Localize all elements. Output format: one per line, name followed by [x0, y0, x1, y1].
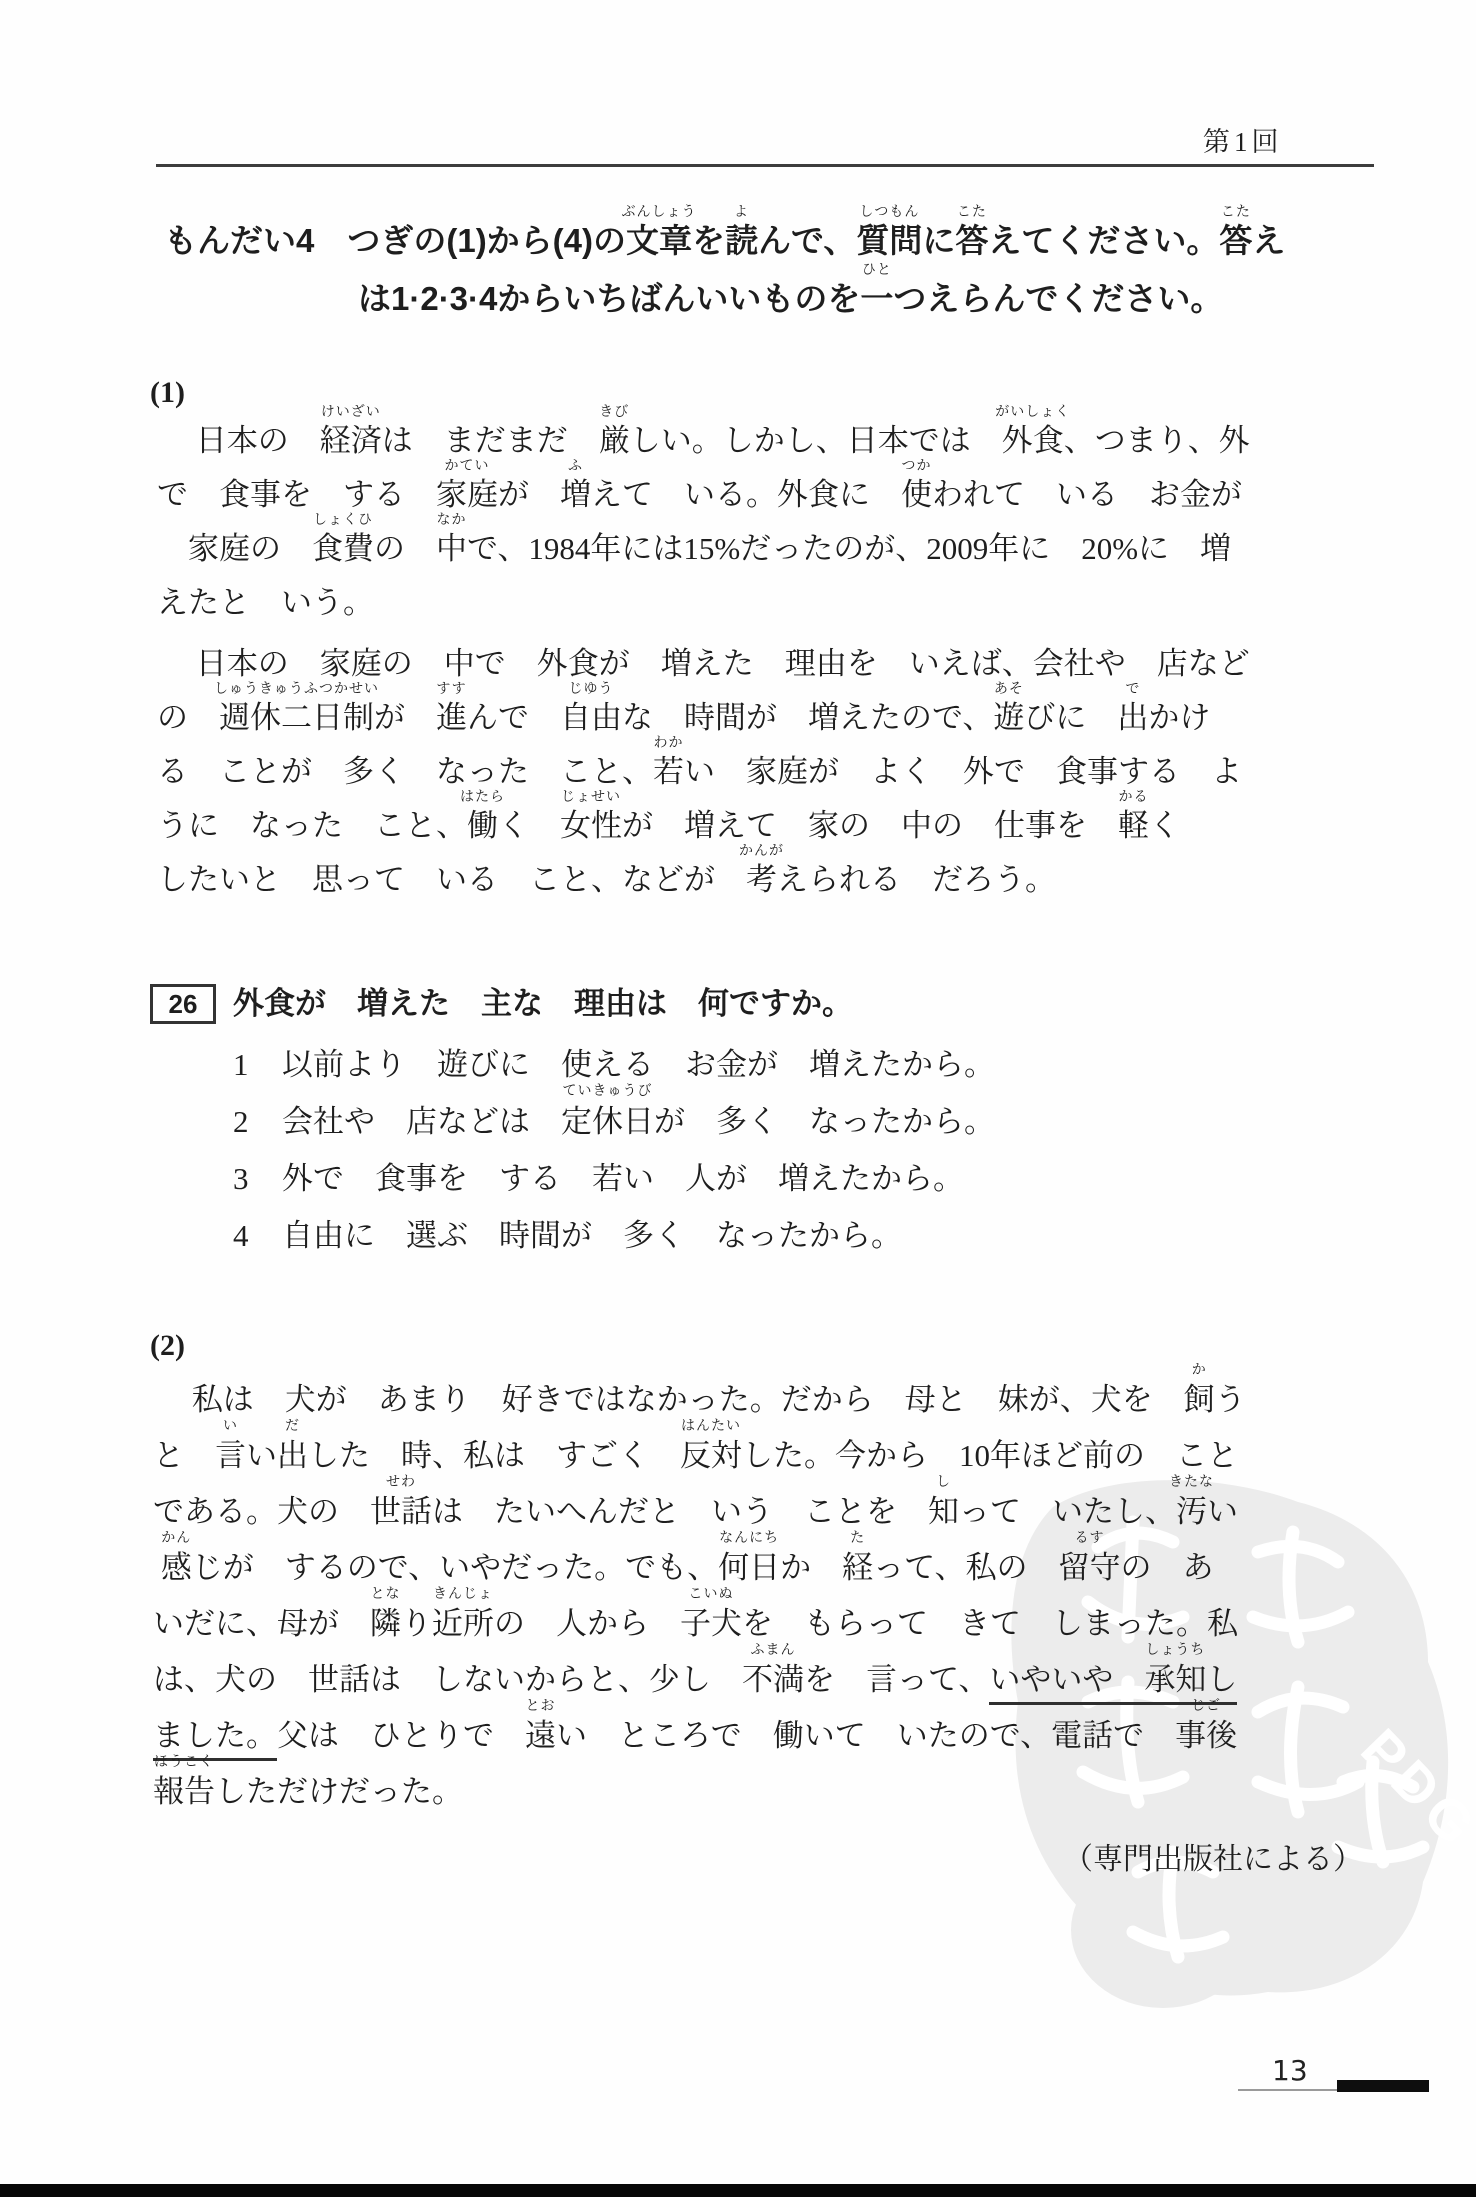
text-run: 外食が 増えた 主な 理由は 何ですか。 — [233, 986, 853, 1021]
text-run: しただけだった。 — [215, 1774, 463, 1809]
furigana: とな — [371, 1588, 401, 1602]
ruby-annotated-word: じご事後 — [1175, 1708, 1237, 1764]
text-run: うに なった こと、 — [157, 808, 467, 843]
ruby-base: 一 — [860, 280, 893, 317]
furigana: きんじょ — [433, 1588, 493, 1602]
ruby-base: 出 — [1117, 700, 1148, 735]
answer-option: 4自由に 選ぶ 時間が 多く なったから。 — [233, 1207, 995, 1264]
ruby-annotated-word: るす留守 — [1059, 1540, 1121, 1596]
ruby-annotated-word: し知 — [928, 1484, 959, 1540]
ruby-annotated-word: かん感 — [161, 1540, 192, 1596]
text-run: しい。しかし、日本では — [630, 423, 1002, 458]
text-run: を 言って、 — [804, 1662, 989, 1697]
text-run: い 家庭が よく 外で 食事する よ — [684, 754, 1242, 789]
ruby-annotated-word: きんじょ近所 — [432, 1596, 494, 1652]
ruby-base: 家庭 — [436, 477, 498, 512]
furigana: るす — [1075, 1532, 1105, 1546]
text-run: えたと いう。 — [157, 585, 374, 620]
question-26-text: 外食が 増えた 主な 理由は 何ですか。 — [233, 975, 853, 1033]
text-run: で 食事を する — [157, 477, 436, 512]
text-run: が 増えて 家の 中の 仕事を — [622, 808, 1118, 843]
furigana: なか — [437, 514, 467, 528]
furigana: ふ — [568, 460, 583, 474]
text-line: は1·2·3·4からいちばんいいものをひと一つえらんでください。 — [358, 270, 1285, 328]
text-run: な 時間が 増えたので、 — [622, 700, 993, 735]
ruby-annotated-word: ほうこく報告 — [153, 1764, 215, 1820]
ruby-base: 言 — [215, 1438, 246, 1473]
ruby-base: 近所 — [432, 1606, 494, 1641]
text-line: うに なった こと、はたら働く じょせい女性が 増えて 家の 中の 仕事を かる… — [157, 799, 1250, 853]
text-line: ほうこく報告しただけだった。 — [153, 1764, 1246, 1820]
ruby-base: 若 — [653, 754, 684, 789]
ruby-base: 反対 — [680, 1438, 742, 1473]
option-number: 3 — [233, 1150, 282, 1207]
ruby-base: 隣 — [370, 1606, 401, 1641]
text-run: んで、 — [758, 222, 856, 259]
ruby-annotated-word: はんたい反対 — [680, 1428, 742, 1484]
text-line: は、犬の 世話は しないからと、少し ふまん不満を 言って、いやいや しょうち承… — [153, 1652, 1246, 1708]
text-line: いだに、母が とな隣りきんじょ近所の 人から こいぬ子犬を もらって きて しま… — [153, 1596, 1246, 1652]
option-number: 4 — [233, 1207, 282, 1264]
furigana: とお — [526, 1700, 556, 1714]
ruby-annotated-word: わか若 — [653, 745, 684, 799]
text-run: えてください。 — [988, 222, 1219, 259]
ruby-base: 厳 — [599, 423, 630, 458]
text-run: もんだい4 つぎの(1)から(4)の — [164, 222, 626, 259]
ruby-annotated-word: とお遠 — [525, 1708, 556, 1764]
option-number: 1 — [233, 1036, 282, 1093]
text-run: の あ — [1121, 1550, 1214, 1585]
ruby-annotated-word: はたら働 — [467, 799, 498, 853]
text-run: く — [1149, 808, 1180, 843]
page-number: 13 — [1272, 2054, 1308, 2087]
text-line: ました。父は ひとりで とお遠い ところで 働いて いたので、電話で じご事後 — [153, 1708, 1246, 1764]
text-line: る ことが 多く なった こと、わか若い 家庭が よく 外で 食事する よ — [157, 745, 1250, 799]
ruby-base: 質問 — [856, 222, 922, 259]
ruby-annotated-word: い言 — [215, 1428, 246, 1484]
furigana: かる — [1119, 791, 1149, 805]
furigana: い — [223, 1420, 238, 1434]
ruby-base: 増 — [560, 477, 591, 512]
passage-2-paragraph-1: 私は 犬が あまり 好きではなかった。だから 母と 妹が、犬を か飼うと い言い… — [153, 1372, 1246, 1820]
question-number-box: 26 — [150, 984, 216, 1024]
text-run: いやいや — [989, 1662, 1144, 1697]
text-line: したいと 思って いる こと、などが かんが考えられる だろう。 — [157, 853, 1250, 907]
ruby-base: 汚 — [1176, 1494, 1207, 1529]
text-run: いだに、母が — [153, 1606, 370, 1641]
furigana: けいざい — [321, 406, 381, 420]
ruby-annotated-word: なか中 — [436, 522, 467, 576]
answer-option: 2会社や 店などは ていきゅうび定休日が 多く なったから。 — [233, 1093, 995, 1150]
furigana: た — [850, 1532, 865, 1546]
furigana: かてい — [445, 460, 490, 474]
ruby-base: 経済 — [320, 423, 382, 458]
furigana: し — [936, 1476, 951, 1490]
header-divider — [156, 164, 1374, 167]
furigana: はたら — [460, 791, 505, 805]
ruby-base: 事後 — [1175, 1718, 1237, 1753]
ruby-base: 働 — [467, 808, 498, 843]
ruby-base: 世話 — [370, 1494, 432, 1529]
ruby-annotated-word: すす進 — [436, 691, 467, 745]
ruby-base: 飼 — [1184, 1382, 1215, 1417]
text-run: い — [1207, 1494, 1238, 1529]
ruby-base: 外食 — [1002, 423, 1064, 458]
text-run: んで — [467, 700, 560, 735]
text-run: 父は ひとりで — [277, 1718, 525, 1753]
ruby-annotated-word: ていきゅうび定休日 — [561, 1093, 654, 1150]
text-run: は まだまだ — [382, 423, 599, 458]
passage-1-paragraph-1: 日本の けいざい経済は まだまだ きび厳しい。しかし、日本では がいしょく外食、… — [157, 414, 1250, 630]
document-page: PDG 第1回 もんだい4 つぎの(1)から(4)のぶんしょう文章をよ読んで、し… — [0, 0, 1476, 2197]
ruby-base: 使 — [901, 477, 932, 512]
text-run: 日本の 家庭の 中で 外食が 増えた 理由を いえば、会社や 店など — [157, 646, 1250, 681]
text-run: の 人から — [494, 1606, 680, 1641]
ruby-base: 読 — [725, 222, 758, 259]
ruby-annotated-word: きび厳 — [599, 414, 630, 468]
text-run: したいと 思って いる こと、などが — [157, 862, 746, 897]
ruby-base: 留守 — [1059, 1550, 1121, 1585]
ruby-base: 進 — [436, 700, 467, 735]
furigana: なんにち — [719, 1532, 779, 1546]
furigana: わか — [654, 737, 684, 751]
furigana: かんが — [739, 845, 784, 859]
ruby-base: 軽 — [1118, 808, 1149, 843]
ruby-annotated-word: こた答 — [1219, 212, 1252, 270]
ruby-base: 感 — [161, 1550, 192, 1585]
ruby-annotated-word: よ読 — [725, 212, 758, 270]
ruby-annotated-word: じょせい女性 — [560, 799, 622, 853]
ruby-base: 答 — [955, 222, 988, 259]
text-line: の しゅうきゅうふつかせい週休二日制が すす進んで じゆう自由な 時間が 増えた… — [157, 691, 1250, 745]
text-run: は たいへんだと いう ことを — [432, 1494, 928, 1529]
ruby-annotated-word: だ出 — [277, 1428, 308, 1484]
ruby-base: 答 — [1219, 222, 1252, 259]
text-line: 家庭の しょくひ食費の なか中で、1984年には15%だったのが、2009年に … — [157, 522, 1250, 576]
text-run: に — [922, 222, 955, 259]
text-line: えたと いう。 — [157, 576, 1250, 630]
ruby-base: 週休二日制 — [219, 700, 374, 735]
ruby-annotated-word: こいぬ子犬 — [680, 1596, 742, 1652]
furigana: はんたい — [681, 1420, 741, 1434]
ruby-annotated-word: がいしょく外食 — [1002, 414, 1064, 468]
ruby-annotated-word: あそ遊 — [993, 691, 1024, 745]
text-run: が — [498, 477, 560, 512]
text-line: もんだい4 つぎの(1)から(4)のぶんしょう文章をよ読んで、しつもん質問にこた… — [164, 212, 1285, 270]
ruby-base: 遊 — [993, 700, 1024, 735]
text-run: した。今から 10年ほど前の こと — [742, 1438, 1238, 1473]
furigana: ていきゅうび — [563, 1085, 653, 1099]
text-run: 外で 食事を する 若い 人が 増えたから。 — [282, 1161, 964, 1196]
ruby-annotated-word: で出 — [1117, 691, 1148, 745]
furigana: かん — [161, 1532, 191, 1546]
ruby-base: 経 — [842, 1550, 873, 1585]
text-run: われて いる お金が — [932, 477, 1242, 512]
passage-1-paragraph-2: 日本の 家庭の 中で 外食が 増えた 理由を いえば、会社や 店などの しゅうき… — [157, 637, 1250, 907]
text-run: つえらんでください。 — [893, 280, 1223, 317]
ruby-annotated-word: こた答 — [955, 212, 988, 270]
ruby-annotated-word: か飼 — [1184, 1372, 1215, 1428]
text-run: じが するので、いやだった。でも、 — [192, 1550, 718, 1585]
furigana: だ — [285, 1420, 300, 1434]
ruby-annotated-word: しゅうきゅうふつかせい週休二日制 — [219, 691, 374, 745]
furigana: しょくひ — [313, 514, 373, 528]
ruby-base: 遠 — [525, 1718, 556, 1753]
edition-label: 第1回 — [1203, 120, 1283, 159]
ruby-annotated-word: ぶんしょう文章 — [626, 212, 692, 270]
furigana: こた — [1221, 204, 1251, 218]
page-content: 第1回 もんだい4 つぎの(1)から(4)のぶんしょう文章をよ読んで、しつもん質… — [0, 0, 1476, 2197]
ruby-base: 知 — [928, 1494, 959, 1529]
text-run: が — [374, 700, 436, 735]
passage-1-label: (1) — [150, 365, 185, 421]
text-run: く — [498, 808, 560, 843]
ruby-base: 子犬 — [680, 1606, 742, 1641]
text-run: う — [1215, 1382, 1246, 1417]
ruby-annotated-word: かんが考 — [746, 853, 777, 907]
ruby-base: 出 — [277, 1438, 308, 1473]
text-run: 日本の — [157, 423, 320, 458]
ruby-base: 食費 — [312, 531, 374, 566]
furigana: よ — [734, 204, 749, 218]
furigana: か — [1192, 1364, 1207, 1378]
text-run: か — [780, 1550, 842, 1585]
text-line: 日本の けいざい経済は まだまだ きび厳しい。しかし、日本では がいしょく外食、… — [157, 414, 1250, 468]
text-run: えられる だろう。 — [777, 862, 1056, 897]
ruby-annotated-word: た経 — [842, 1540, 873, 1596]
page-number-underline — [1238, 2089, 1338, 2091]
ruby-annotated-word: つか使 — [901, 468, 932, 522]
text-run: 以前より 遊びに 使える お金が 増えたから。 — [282, 1047, 995, 1082]
furigana: すす — [436, 683, 466, 697]
ruby-annotated-word: ふ増 — [560, 468, 591, 522]
text-run: えて いる。外食に — [591, 477, 901, 512]
text-line: と い言いだ出した 時、私は すごく はんたい反対した。今から 10年ほど前の … — [153, 1428, 1246, 1484]
furigana: ほうこく — [154, 1756, 214, 1770]
text-run: を もらって きて しまった。私 — [742, 1606, 1238, 1641]
ruby-base: 文章 — [626, 222, 692, 259]
text-run: と — [153, 1438, 215, 1473]
text-run: かけ — [1148, 700, 1210, 735]
ruby-base: 不満 — [742, 1662, 804, 1697]
furigana: で — [1125, 683, 1140, 697]
furigana: ひと — [862, 262, 892, 276]
text-run: の — [157, 700, 219, 735]
text-run: びに — [1024, 700, 1117, 735]
text-run: って いたし、 — [959, 1494, 1176, 1529]
text-run: である。犬の — [153, 1494, 370, 1529]
scan-edge-bar — [0, 2184, 1476, 2197]
furigana: ふまん — [751, 1644, 796, 1658]
text-run: が 多く なったから。 — [654, 1104, 995, 1139]
furigana: あそ — [994, 683, 1024, 697]
furigana: しゅうきゅうふつかせい — [214, 683, 379, 697]
ruby-base: 中 — [436, 531, 467, 566]
ruby-base: 考 — [746, 862, 777, 897]
text-run: る ことが 多く なった こと、 — [157, 754, 653, 789]
text-run: した 時、私は すごく — [308, 1438, 680, 1473]
ruby-annotated-word: ひと一 — [860, 270, 893, 328]
text-run: は1·2·3·4からいちばんいいものを — [358, 280, 860, 317]
ruby-base: 定休日 — [561, 1104, 654, 1139]
text-run: 家庭の — [157, 531, 312, 566]
page-footer-bar — [1337, 2080, 1429, 2092]
ruby-base: 承知 — [1144, 1662, 1206, 1697]
text-run: し — [1206, 1662, 1237, 1697]
furigana: しょうち — [1145, 1644, 1205, 1658]
ruby-base: 何日 — [718, 1550, 780, 1585]
text-line: 外食が 増えた 主な 理由は 何ですか。 — [233, 975, 853, 1033]
ruby-annotated-word: きたな汚 — [1176, 1484, 1207, 1540]
text-run: 自由に 選ぶ 時間が 多く なったから。 — [282, 1218, 902, 1253]
furigana: つか — [902, 460, 932, 474]
furigana: じご — [1191, 1700, 1221, 1714]
question-26-options: 1以前より 遊びに 使える お金が 増えたから。2会社や 店などは ていきゅうび… — [233, 1036, 995, 1264]
text-run: り — [401, 1606, 432, 1641]
furigana: こた — [957, 204, 987, 218]
furigana: じゆう — [569, 683, 614, 697]
text-run — [153, 1550, 161, 1585]
text-run: 、つまり、外 — [1064, 423, 1250, 458]
ruby-annotated-word: せわ世話 — [370, 1484, 432, 1540]
furigana: じょせい — [561, 791, 621, 805]
ruby-base: 報告 — [153, 1774, 215, 1809]
furigana: しつもん — [859, 204, 919, 218]
text-run: 私は 犬が あまり 好きではなかった。だから 母と 妹が、犬を — [153, 1382, 1184, 1417]
ruby-annotated-word: かる軽 — [1118, 799, 1149, 853]
text-run: ました。 — [153, 1718, 277, 1753]
ruby-annotated-word: けいざい経済 — [320, 414, 382, 468]
ruby-annotated-word: ふまん不満 — [742, 1652, 804, 1708]
text-run: で、1984年には15%だったのが、2009年に 20%に 増 — [467, 531, 1231, 566]
text-run: い ところで 働いて いたので、電話で — [556, 1718, 1175, 1753]
ruby-annotated-word: じゆう自由 — [560, 691, 622, 745]
furigana: こいぬ — [689, 1588, 734, 1602]
passage-2-label: (2) — [150, 1318, 185, 1374]
ruby-base: 自由 — [560, 700, 622, 735]
furigana: きび — [599, 406, 629, 420]
text-run: の — [374, 531, 436, 566]
furigana: せわ — [386, 1476, 416, 1490]
text-run: を — [692, 222, 725, 259]
ruby-annotated-word: とな隣 — [370, 1596, 401, 1652]
source-attribution: （専門出版社による） — [1063, 1832, 1363, 1888]
furigana: がいしょく — [995, 406, 1070, 420]
answer-option: 3外で 食事を する 若い 人が 増えたから。 — [233, 1150, 995, 1207]
text-run: い — [246, 1438, 277, 1473]
option-number: 2 — [233, 1093, 282, 1150]
text-run: って、私の — [873, 1550, 1058, 1585]
ruby-annotated-word: しょくひ食費 — [312, 522, 374, 576]
text-run: 会社や 店などは — [282, 1104, 561, 1139]
furigana: ぶんしょう — [622, 204, 697, 218]
text-run: は、犬の 世話は しないからと、少し — [153, 1662, 742, 1697]
furigana: きたな — [1169, 1476, 1214, 1490]
problem-instruction: もんだい4 つぎの(1)から(4)のぶんしょう文章をよ読んで、しつもん質問にこた… — [164, 212, 1285, 328]
text-run: え — [1252, 222, 1285, 259]
ruby-base: 女性 — [560, 808, 622, 843]
